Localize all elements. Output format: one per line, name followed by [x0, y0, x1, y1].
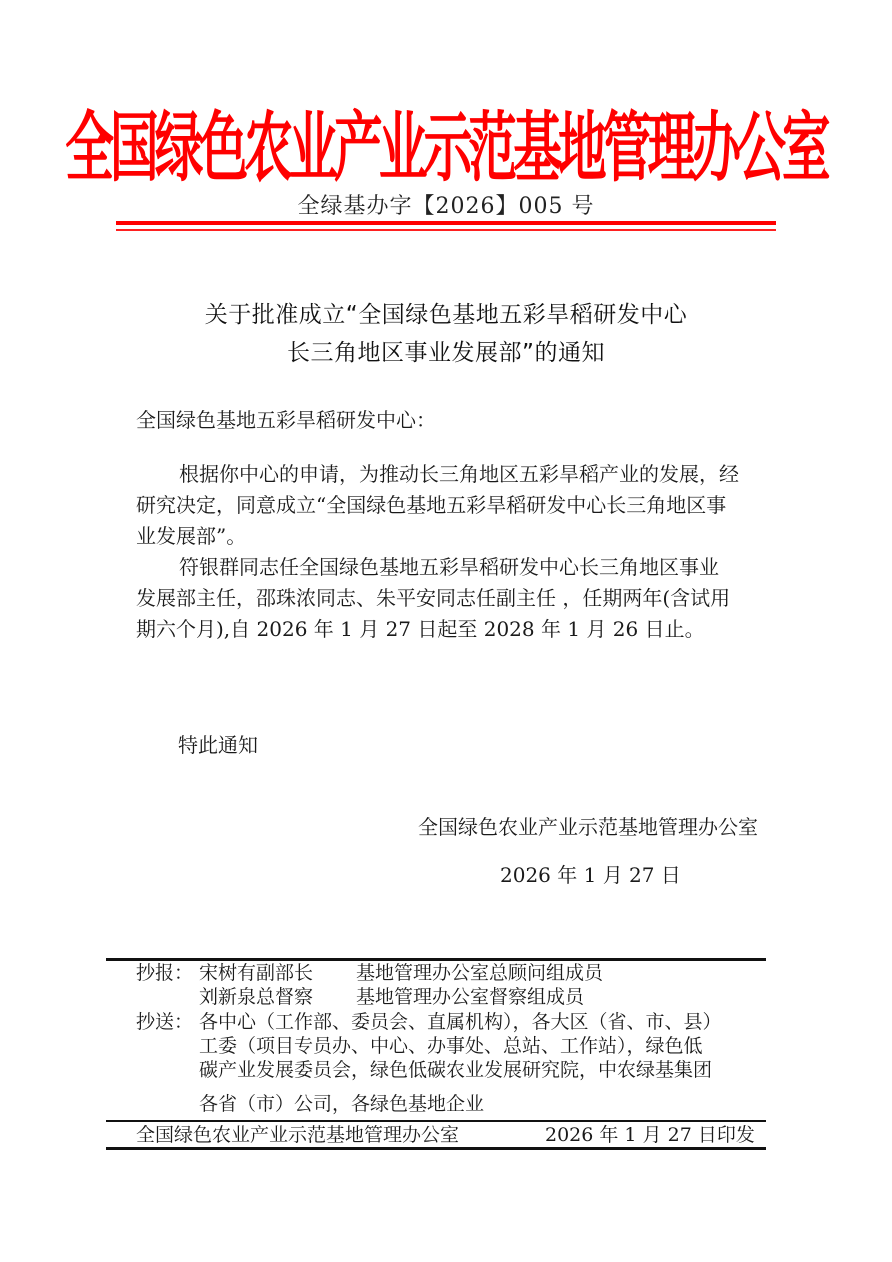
- paragraph-line: 期六个月),自 2026 年 1 月 27 日起至 2028 年 1 月 26 …: [136, 614, 761, 645]
- signature-date: 2026 年 1 月 27 日: [500, 860, 668, 891]
- cc-report-label: 抄报：: [136, 961, 199, 985]
- cc-report-name: 宋树有副部长: [199, 961, 356, 985]
- cc-send-row-4: 各省（市）公司，各绿色基地企业: [136, 1092, 484, 1116]
- cc-report-role: 基地管理办公室督察组成员: [356, 985, 584, 1009]
- cc-send-label: 抄送：: [136, 1010, 199, 1034]
- cc-send-row-2: 工委（项目专员办、中心、办事处、总站、工作站），绿色低: [136, 1034, 703, 1058]
- cc-report-row-1: 抄报： 宋树有副部长 基地管理办公室总顾问组成员: [136, 961, 603, 985]
- cc-send-line: 工委（项目专员办、中心、办事处、总站、工作站），绿色低: [199, 1034, 703, 1058]
- cc-report-role: 基地管理办公室总顾问组成员: [356, 961, 603, 985]
- footer-issue-date: 2026 年 1 月 27 日印发: [545, 1122, 755, 1148]
- body-paragraph-1: 根据你中心的申请，为推动长三角地区五彩旱稻产业的发展，经 研究决定，同意成立“全…: [136, 459, 761, 552]
- cc-send-line: 碳产业发展委员会，绿色低碳农业发展研究院，中农绿基集团: [199, 1058, 712, 1082]
- closing-remark: 特此通知: [178, 730, 258, 761]
- footer-issuer: 全国绿色农业产业示范基地管理办公室: [136, 1122, 459, 1148]
- cc-send-row-3: 碳产业发展委员会，绿色低碳农业发展研究院，中农绿基集团: [136, 1058, 712, 1082]
- signature-org: 全国绿色农业产业示范基地管理办公室: [400, 812, 758, 843]
- masthead: 全国绿色农业产业示范基地管理办公室: [116, 100, 776, 195]
- paragraph-line: 根据你中心的申请，为推动长三角地区五彩旱稻产业的发展，经: [136, 459, 761, 490]
- cc-send-line: 各省（市）公司，各绿色基地企业: [199, 1092, 484, 1116]
- notice-title-line-1: 关于批准成立“全国绿色基地五彩旱稻研发中心: [116, 300, 776, 330]
- paragraph-line: 业发展部”。: [136, 521, 761, 552]
- footer-bottom-rule: [106, 1147, 766, 1150]
- red-divider-thin: [116, 229, 776, 231]
- masthead-org-name: 全国绿色农业产业示范基地管理办公室: [65, 108, 827, 188]
- cc-report-row-2: 刘新泉总督察 基地管理办公室督察组成员: [136, 985, 584, 1009]
- cc-report-name: 刘新泉总督察: [199, 985, 356, 1009]
- paragraph-line: 研究决定，同意成立“全国绿色基地五彩旱稻研发中心长三角地区事: [136, 490, 761, 521]
- cc-label-spacer: [136, 985, 199, 1009]
- document-number: 全绿基办字【2026】005 号: [116, 193, 776, 221]
- cc-send-line: 各中心（工作部、委员会、直属机构），各大区（省、市、县）: [199, 1010, 722, 1034]
- cc-send-row-1: 抄送： 各中心（工作部、委员会、直属机构），各大区（省、市、县）: [136, 1010, 722, 1034]
- notice-title-line-2: 长三角地区事业发展部”的通知: [116, 338, 776, 368]
- red-divider-thick: [116, 221, 776, 225]
- paragraph-line: 符银群同志任全国绿色基地五彩旱稻研发中心长三角地区事业: [136, 552, 761, 583]
- addressee: 全国绿色基地五彩旱稻研发中心：: [136, 405, 436, 436]
- paragraph-line: 发展部主任，邵珠浓同志、朱平安同志任副主任 ，任期两年(含试用: [136, 583, 761, 614]
- body-paragraph-2: 符银群同志任全国绿色基地五彩旱稻研发中心长三角地区事业 发展部主任，邵珠浓同志、…: [136, 552, 761, 645]
